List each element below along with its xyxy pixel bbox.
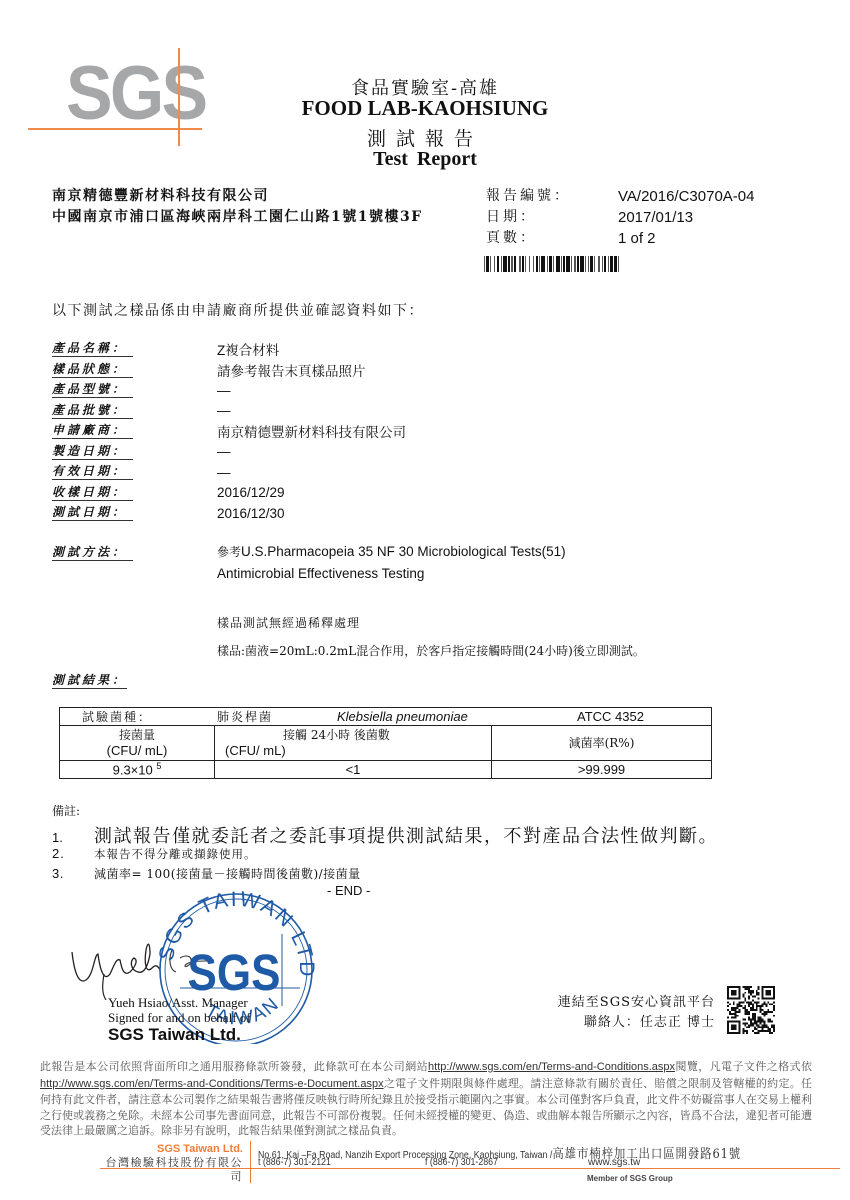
- field-batch: 產品批號：—: [52, 401, 406, 422]
- organism-cell: 試驗菌種： 肺炎桿菌 Klebsiella pneumoniae ATCC 43…: [60, 708, 712, 726]
- field-value: —: [217, 444, 231, 459]
- meta-date: 日期： 2017/01/13: [486, 207, 755, 228]
- meta-value: VA/2016/C3070A-04: [618, 186, 755, 207]
- legal-disclaimer: 此報告是本公司依照背面所印之通用服務條款所簽發，此條款可在本公司網站http:/…: [40, 1059, 812, 1139]
- organism-label: 試驗菌種：: [60, 708, 217, 725]
- footer-company-zh: 台灣檢驗科技股份有限公司: [100, 1156, 243, 1184]
- method-label: 測試方法：: [52, 543, 133, 561]
- organism-scientific-name: Klebsiella pneumoniae: [337, 709, 567, 724]
- barcode: [484, 256, 708, 272]
- field-label: 製造日期：: [52, 444, 133, 460]
- signer-company: SGS Taiwan Ltd.: [108, 1025, 251, 1045]
- method-line-1: 參考U.S.Pharmacopeia 35 NF 30 Microbiologi…: [217, 541, 777, 563]
- header-inoculum-unit: (CFU/ mL): [60, 743, 214, 759]
- header-after-24h-zh: 接觸 24小時 後菌數: [225, 727, 491, 743]
- intro-text: 以下測試之樣品係由申請廠商所提供並確認資料如下：: [52, 300, 424, 320]
- header-inoculum-zh: 接菌量: [60, 727, 214, 743]
- cell-reduction: >99.999: [492, 761, 712, 779]
- remark-3: 3.減菌率= 100(接菌量－接觸時間後菌數)/接菌量: [52, 865, 361, 882]
- field-applicant: 申請廠商：南京精德豐新材料科技有限公司: [52, 421, 406, 442]
- field-label: 收樣日期：: [52, 485, 133, 501]
- sgs-logo: SGS: [28, 48, 208, 148]
- method-prefix: 參考: [217, 545, 241, 559]
- remark-2: 2.本報告不得分離或擷錄使用。: [52, 846, 257, 862]
- field-value: —: [217, 465, 231, 480]
- footer-member: Member of SGS Group: [587, 1174, 673, 1183]
- remark-number: 1.: [52, 830, 94, 845]
- client-address: 中國南京市浦口區海峽兩岸科工園仁山路1號1號樓3F: [52, 207, 423, 228]
- stamp-center-text: SGS: [188, 945, 281, 1002]
- field-test-date: 測試日期：2016/12/30: [52, 503, 406, 524]
- remark-number: 3.: [52, 866, 94, 881]
- report-title-zh: 測試報告: [280, 124, 570, 151]
- results-table: 試驗菌種： 肺炎桿菌 Klebsiella pneumoniae ATCC 43…: [59, 707, 712, 779]
- meta-value: 2017/01/13: [618, 207, 693, 228]
- field-label: 產品名稱：: [52, 341, 133, 357]
- inoculum-exponent: 5: [156, 761, 161, 771]
- client-block: 南京精德豐新材料科技有限公司 中國南京市浦口區海峽兩岸科工園仁山路1號1號樓3F: [52, 186, 423, 228]
- lab-name-en: FOOD LAB-KAOHSIUNG: [280, 96, 570, 121]
- footer-website[interactable]: www.sgs.tw: [588, 1157, 640, 1168]
- footer-divider-horizontal: [100, 1168, 840, 1169]
- disclaimer-text: 此報告是本公司依照背面所印之通用服務條款所簽發，此條款可在本公司網站: [40, 1060, 428, 1073]
- end-marker: - END -: [327, 883, 370, 898]
- meta-label: 頁數：: [486, 228, 618, 249]
- client-name: 南京精德豐新材料科技有限公司: [52, 186, 423, 207]
- signer-on-behalf: Signed for and on behalf of: [108, 1010, 251, 1025]
- signer-block: Yueh Hsiao/Asst. Manager Signed for and …: [108, 995, 251, 1045]
- field-value: 2016/12/30: [217, 506, 285, 521]
- field-received-date: 收樣日期：2016/12/29: [52, 483, 406, 504]
- footer-fax: f (886-7) 301-2867: [425, 1157, 498, 1168]
- footer-company-en: SGS Taiwan Ltd.: [100, 1143, 243, 1156]
- field-value: 南京精德豐新材料科技有限公司: [217, 421, 406, 441]
- results-label: 測試結果：: [52, 671, 127, 689]
- info-platform-link[interactable]: 連結至SGS安心資訊平台: [555, 993, 715, 1013]
- field-label: 產品批號：: [52, 403, 133, 419]
- remark-text: 減菌率= 100(接菌量－接觸時間後菌數)/接菌量: [94, 865, 361, 882]
- header-after-24h-unit: (CFU/ mL): [225, 743, 491, 759]
- disclaimer-text: 閱覽，凡電子文件之格式依: [675, 1060, 812, 1073]
- remark-text: 測試報告僅就委託者之委託事項提供測試結果，不對產品合法性做判斷。: [94, 822, 718, 848]
- organism-name-zh: 肺炎桿菌: [217, 708, 337, 725]
- footer-phone: t (886-7) 301-2121: [258, 1157, 331, 1168]
- field-value: Z複合材料: [217, 339, 279, 359]
- field-mfg-date: 製造日期：—: [52, 442, 406, 463]
- inoculum-base: 9.3×10: [113, 763, 153, 778]
- remark-number: 2.: [52, 846, 94, 861]
- cell-after-24h: <1: [215, 761, 492, 779]
- remark-1: 1.測試報告僅就委託者之委託事項提供測試結果，不對產品合法性做判斷。: [52, 822, 718, 848]
- method-note-dilution: 樣品測試無經過稀釋處理: [217, 614, 360, 631]
- method-line-2: Antimicrobial Effectiveness Testing: [217, 563, 777, 584]
- meta-label: 日期：: [486, 207, 618, 228]
- field-value: 2016/12/29: [217, 485, 285, 500]
- report-meta: 報告編號： VA/2016/C3070A-04 日期： 2017/01/13 頁…: [486, 186, 755, 249]
- logo-orange-vline: [178, 48, 180, 146]
- cell-inoculum: 9.3×10 5: [60, 761, 215, 779]
- header-inoculum: 接菌量 (CFU/ mL): [60, 726, 215, 761]
- field-label: 測試日期：: [52, 505, 133, 521]
- signer-name-title: Yueh Hsiao/Asst. Manager: [108, 995, 251, 1010]
- qr-code-icon[interactable]: [727, 986, 775, 1034]
- field-label: 有效日期：: [52, 464, 133, 480]
- meta-pages: 頁數： 1 of 2: [486, 228, 755, 249]
- logo-text: SGS: [66, 56, 205, 132]
- contact-person: 聯絡人：任志正 博士: [555, 1013, 715, 1033]
- field-label: 樣品狀態：: [52, 362, 133, 378]
- e-document-terms-link[interactable]: http://www.sgs.com/en/Terms-and-Conditio…: [40, 1078, 384, 1090]
- terms-link[interactable]: http://www.sgs.com/en/Terms-and-Conditio…: [428, 1061, 675, 1073]
- method-standard: U.S.Pharmacopeia 35 NF 30 Microbiologica…: [241, 544, 566, 559]
- field-sample-state: 樣品狀態：請參考報告末頁樣品照片: [52, 360, 406, 381]
- field-value: —: [217, 383, 231, 398]
- remarks-title: 備註:: [52, 802, 80, 819]
- field-expiry-date: 有效日期：—: [52, 462, 406, 483]
- footer-divider-vertical: [250, 1141, 251, 1183]
- table-row: 9.3×10 5 <1 >99.999: [60, 761, 712, 779]
- table-row-organism: 試驗菌種： 肺炎桿菌 Klebsiella pneumoniae ATCC 43…: [60, 708, 712, 726]
- header-reduction: 減菌率(R%): [492, 726, 712, 761]
- field-value: 請參考報告末頁樣品照片: [217, 360, 366, 380]
- contact-block: 連結至SGS安心資訊平台 聯絡人：任志正 博士: [555, 993, 715, 1033]
- organism-atcc: ATCC 4352: [567, 709, 644, 724]
- method-note-ratio: 樣品:菌液=20mL:0.2mL混合作用，於客戶指定接觸時間(24小時)後立即測…: [217, 642, 645, 659]
- field-label: 申請廠商：: [52, 423, 133, 439]
- field-model: 產品型號：—: [52, 380, 406, 401]
- sample-info-fields: 產品名稱：Z複合材料 樣品狀態：請參考報告末頁樣品照片 產品型號：— 產品批號：…: [52, 339, 406, 524]
- footer-address-zh: 高雄市楠梓加工出口區開發路61號: [552, 1147, 741, 1162]
- meta-value: 1 of 2: [618, 228, 656, 249]
- table-header-row: 接菌量 (CFU/ mL) 接觸 24小時 後菌數 (CFU/ mL) 減菌率(…: [60, 726, 712, 761]
- remark-text: 本報告不得分離或擷錄使用。: [94, 846, 257, 862]
- header-after-24h: 接觸 24小時 後菌數 (CFU/ mL): [215, 726, 492, 761]
- report-title-en: Test Report: [280, 148, 570, 171]
- meta-report-number: 報告編號： VA/2016/C3070A-04: [486, 186, 755, 207]
- field-label: 產品型號：: [52, 382, 133, 398]
- field-product-name: 產品名稱：Z複合材料: [52, 339, 406, 360]
- field-value: —: [217, 403, 231, 418]
- logo-orange-hline: [28, 128, 202, 130]
- meta-label: 報告編號：: [486, 186, 618, 207]
- footer-company: SGS Taiwan Ltd. 台灣檢驗科技股份有限公司: [100, 1143, 243, 1184]
